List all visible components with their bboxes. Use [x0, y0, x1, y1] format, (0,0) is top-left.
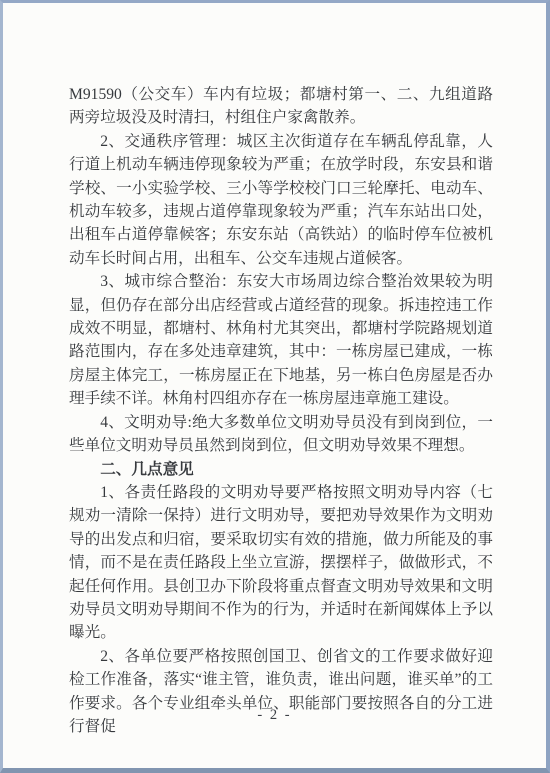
- body-paragraph-traffic-order: 2、交通秩序管理：城区主次街道存在车辆乱停乱靠，人行道上机动车辆违停现象较为严重…: [69, 130, 493, 270]
- page-footer: - 2 -: [3, 706, 546, 724]
- body-paragraph-civility-persuasion: 4、文明劝导:绝大多数单位文明劝导员没有到岗到位，一些单位文明劝导员虽然到岗到位…: [69, 411, 493, 458]
- section-heading-opinions: 二、几点意见: [69, 458, 493, 481]
- document-body: M91590（公交车）车内有垃圾；都塘村第一、二、九组道路两旁垃圾没及时清扫，村…: [69, 83, 493, 738]
- page-number: - 2 -: [257, 707, 291, 723]
- body-paragraph-city-improvement: 3、城市综合整治：东安大市场周边综合整治效果较为明显，但仍存在部分出店经营或占道…: [69, 270, 493, 410]
- body-paragraph-opinion-2: 2、各单位要严格按照创国卫、创省文的工作要求做好迎检工作准备，落实“谁主管，谁负…: [69, 645, 493, 739]
- body-paragraph-continuation: M91590（公交车）车内有垃圾；都塘村第一、二、九组道路两旁垃圾没及时清扫，村…: [69, 83, 493, 130]
- document-page: M91590（公交车）车内有垃圾；都塘村第一、二、九组道路两旁垃圾没及时清扫，村…: [0, 0, 550, 773]
- body-paragraph-opinion-1: 1、各责任路段的文明劝导要严格按照文明劝导内容（七规劝一清除一保持）进行文明劝导…: [69, 481, 493, 645]
